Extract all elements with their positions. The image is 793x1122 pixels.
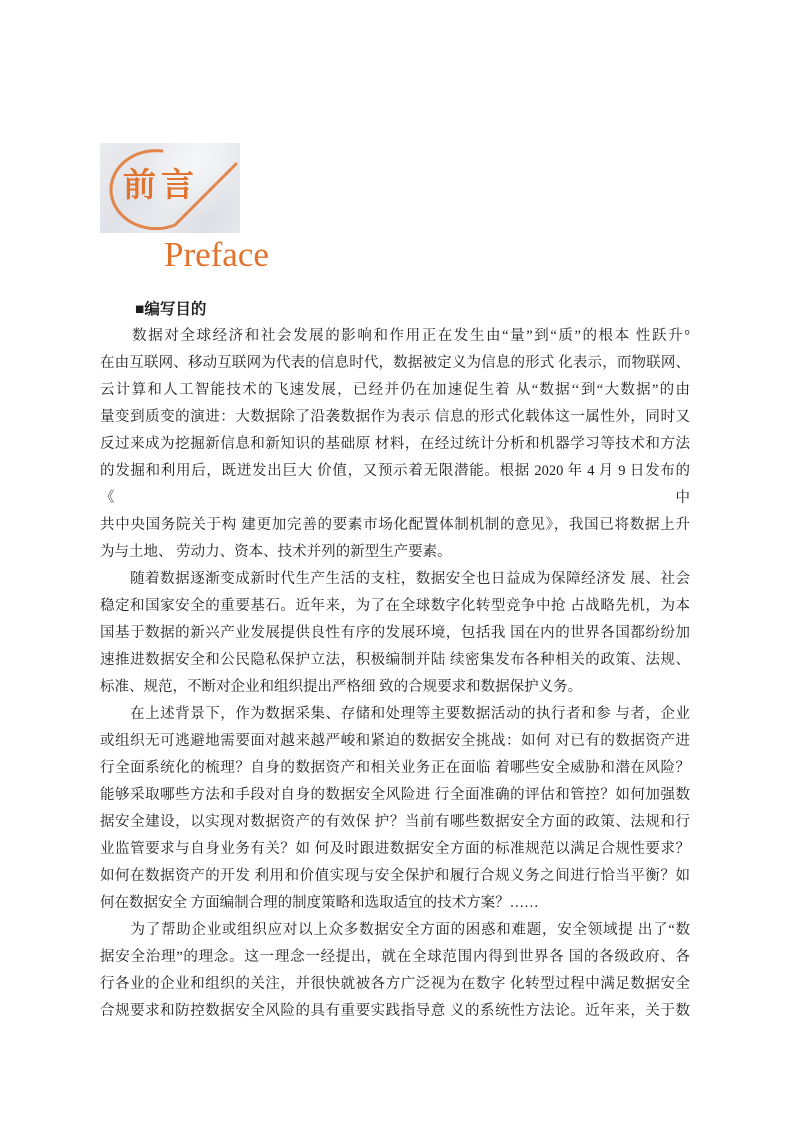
chapter-banner-image: 前言 [100,143,240,233]
logo-chinese-title: 前言 [123,164,199,207]
text-line: 据安全治理”的理念。这一理念一经提出，就在全球范围内得到世界各 国的各级政府、各 [100,944,690,971]
preface-body: ■编写目的 数据对全球经济和社会发展的影响和作用正在发生由“量”到“质”的根本 … [100,297,690,1025]
text-line: 为了帮助企业或组织应对以上众多数据安全方面的困惑和难题，安全领域提 出了“数 [100,917,690,944]
text-line: 如何在数据资产的开发 利用和价值实现与安全保护和履行合规义务之间进行恰当平衡？如 [100,863,690,890]
text-line: 云计算和人工智能技术的飞速发展，已经并仍在加速促生着 从“数据‘‘到“大数据”的… [100,377,690,404]
text-line: 合规要求和防控数据安全风险的具有重要实践指导意 义的系统性方法论。近年来，关于数 [100,998,690,1025]
text-line: 据安全建设，以实现对数据资产的有效保 护？当前有哪些数据安全方面的政策、法规和行 [100,809,690,836]
text-line: 业监管要求与自身业务有关？如 何及时跟进数据安全方面的标准规范以满足合规性要求？ [100,836,690,863]
text-line: 行全面系统化的梳理？自身的数据资产和相关业务正在面临 着哪些安全威胁和潜在风险？ [100,755,690,782]
text-line: 为与土地、 劳动力、资本、技术并列的新型生产要素。 [100,539,690,566]
text-line: 随着数据逐渐变成新时代生产生活的支柱，数据安全也日益成为保障经济发 展、社会 [100,566,690,593]
text-line: 速推进数据安全和公民隐私保护立法，积极编制并陆 续密集发布各种相关的政策、法规、 [100,647,690,674]
text-line: 标准、规范，不断对企业和组织提出严格细 致的合规要求和数据保护义务。 [100,674,690,701]
preface-title: Preface [164,236,269,275]
text-line: 稳定和国家安全的重要基石。近年来，为了在全球数字化转型竞争中抢 占战略先机，为本 [100,593,690,620]
text-line: 共中央国务院关于构 建更加完善的要素市场化配置体制机制的意见》，我国已将数据上升 [100,512,690,539]
text-line: 或组织无可逃避地需要面对越来越严峻和紧迫的数据安全挑战：如何 对已有的数据资产进 [100,728,690,755]
text-line: 量变到质变的演进：大数据除了沿袭数据作为表示 信息的形式化载体这一属性外，同时又 [100,404,690,431]
paragraph-2: 随着数据逐渐变成新时代生产生活的支柱，数据安全也日益成为保障经济发 展、社会稳定… [100,566,690,701]
document-page: 前言 Preface ■编写目的 数据对全球经济和社会发展的影响和作用正在发生由… [0,0,793,1122]
text-line: 数据对全球经济和社会发展的影响和作用正在发生由“量”到“质”的根本 性跃升° [100,323,690,350]
section-heading: ■编写目的 [100,297,690,323]
paragraph-4: 为了帮助企业或组织应对以上众多数据安全方面的困惑和难题，安全领域提 出了“数据安… [100,917,690,1025]
text-line: 行各业的企业和组织的关注，并很快就被各方广泛视为在数字 化转型过程中满足数据安全 [100,971,690,998]
text-line: 何在数据安全 方面编制合理的制度策略和选取适宜的技术方案？…… [100,890,690,917]
text-line: 国基于数据的新兴产业发展提供良性有序的发展环境，包括我 国在内的世界各国都纷纷加 [100,620,690,647]
text-line: 能够采取哪些方法和手段对自身的数据安全风险进 行全面准确的评估和管控？如何加强数 [100,782,690,809]
text-line: 在上述背景下，作为数据采集、存储和处理等主要数据活动的执行者和参 与者，企业 [100,701,690,728]
paragraph-3: 在上述背景下，作为数据采集、存储和处理等主要数据活动的执行者和参 与者，企业或组… [100,701,690,917]
text-line: 的发掘和利用后，既迸发出巨大 价值，又预示着无限潜能。根据 2020 年 4 月… [100,458,690,512]
paragraph-1: 数据对全球经济和社会发展的影响和作用正在发生由“量”到“质”的根本 性跃升°在由… [100,323,690,566]
text-line: 在由互联网、移动互联网为代表的信息时代，数据被定义为信息的形式 化表示，而物联网… [100,350,690,377]
text-line: 反过来成为挖掘新信息和新知识的基础原 材料，在经过统计分析和机器学习等技术和方法 [100,431,690,458]
